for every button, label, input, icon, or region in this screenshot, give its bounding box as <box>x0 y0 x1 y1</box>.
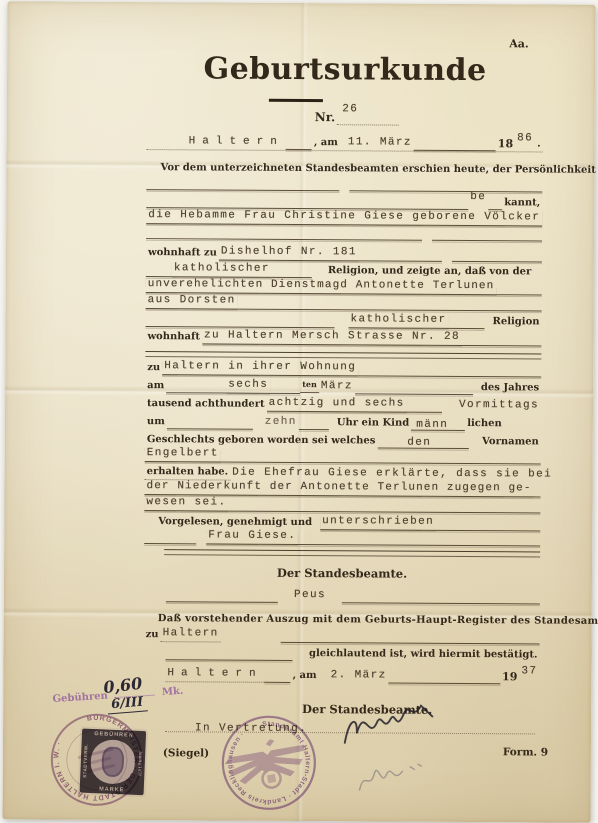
dateline1-year: 86 <box>515 131 535 146</box>
revenue-stamp-oval <box>90 739 136 785</box>
mother-line2: aus Dorsten <box>146 293 238 310</box>
religion2-value: katholischer <box>348 312 448 329</box>
ten-label: ten <box>300 378 319 393</box>
registrar-title1-row: Der Standesbeamte. <box>144 562 540 582</box>
dateline2-row: Haltern , am 2. März 19 37 <box>143 661 539 684</box>
declaration3-text: wesen sei. <box>144 495 228 512</box>
rule <box>146 189 339 191</box>
birthyear-row: tausend achthundert achtzig und sechs Vo… <box>145 393 541 413</box>
uhr-ein-kind-label: Uhr ein Kind <box>335 416 412 430</box>
midwife-row: die Hebamme Frau Christine Giese geboren… <box>146 208 542 226</box>
corner-mark: Aa. <box>507 37 531 51</box>
day-value: sechs <box>226 378 270 394</box>
revenue-stamp-middle: STADTVERW. HALTERN <box>80 738 146 787</box>
lichen-label: lichen <box>465 417 504 431</box>
typed-be: be <box>468 190 488 205</box>
dateline2-century: 19 <box>500 670 519 684</box>
hour-value: zehn <box>263 415 299 430</box>
siegel-row: (Siegel) <box>161 744 221 761</box>
kannt-label: kannt, <box>502 196 542 210</box>
signedname-row: Frau Giese. <box>144 528 540 546</box>
title-row: Geburtsurkunde <box>147 50 543 90</box>
full-rule-row <box>145 345 541 359</box>
rule <box>146 238 422 241</box>
rule <box>166 601 278 603</box>
signedname-value: Frau Giese. <box>206 528 298 545</box>
intro-row: Vor dem unterzeichneten Standesbeamten e… <box>146 158 542 177</box>
rule <box>286 149 312 150</box>
yearwords-value: achtzig und sechs <box>267 396 407 413</box>
wohnhaft-zu-label: wohnhaft zu <box>146 246 219 260</box>
intro-text: Vor dem unterzeichneten Standesbeamten e… <box>146 161 598 178</box>
nr-value: 26 <box>340 102 360 117</box>
wohnhaft-label: wohnhaft <box>145 330 202 344</box>
pencil-mark <box>352 753 442 801</box>
revenue-stamp-left-text: STADTVERW. <box>80 738 91 784</box>
nr-rule: 26 <box>337 110 399 125</box>
revenue-stamp: GEBÜHREN STADTVERW. HALTERN MARKE <box>80 729 147 796</box>
form-number: Form. 9 <box>501 746 550 760</box>
certification-line2: gleichlautend ist, wird hiermit bestätig… <box>307 647 540 662</box>
rule <box>164 549 540 557</box>
dateline1-date: 11. März <box>346 135 414 150</box>
page-title: Geburtsurkunde <box>201 51 488 90</box>
form-number-row: Form. 9 <box>501 743 561 760</box>
dateline1-row: Haltern , am 11. März 18 86 . <box>147 128 543 152</box>
residence1-value: Dishelhof Nr. 181 <box>219 245 359 262</box>
birthhour-row: um zehn Uhr ein Kind männ lichen <box>145 411 541 431</box>
registrar-title1: Der Standesbeamte. <box>275 567 409 582</box>
rule <box>414 150 496 152</box>
birthday-row: am sechs ten März des Jahres <box>145 375 541 395</box>
office-value: Haltern <box>161 626 221 642</box>
firstname-value: Engelbert <box>145 446 221 462</box>
cert-zu-label: zu <box>144 628 161 642</box>
dateline1-century: 18 <box>496 137 515 151</box>
residence2-row: wohnhaft zu Haltern Mersch Strasse Nr. 2… <box>145 327 541 346</box>
scanned-birth-certificate: Aa. Geburtsurkunde Nr. 26 Haltern , am 1… <box>0 0 598 823</box>
crest-icon <box>101 746 124 777</box>
number-row: Nr. 26 <box>313 105 405 126</box>
paper-sheet: Aa. Geburtsurkunde Nr. 26 Haltern , am 1… <box>3 1 596 823</box>
registry-eagle-stamp: Standesamt Haltern-Stadt · Landkreis Rec… <box>209 703 329 823</box>
firstname-row: Engelbert <box>145 446 541 464</box>
rule <box>389 683 500 685</box>
tausend-label: tausend achthundert <box>145 397 267 412</box>
dateline2-am: , am <box>291 669 319 683</box>
double-rule-row <box>164 547 540 557</box>
rule <box>298 544 540 546</box>
religion1-value: katholischer <box>172 261 272 278</box>
zu-label: zu <box>145 361 162 375</box>
rule <box>265 682 291 683</box>
des-jahres-label: des Jahres <box>479 381 541 395</box>
religion2-label: Religion <box>490 315 541 329</box>
registrar-name-row: Peus <box>166 585 540 604</box>
fee-currency: Mk. <box>160 686 186 700</box>
midwife-name: die Hebamme Frau Christine Giese geboren… <box>146 208 542 226</box>
declaration3-row: wesen sei. <box>144 495 540 513</box>
office-row: zu Haltern <box>144 625 540 644</box>
siegel-label: (Siegel) <box>161 747 211 761</box>
registrar-name: Peus <box>292 588 328 603</box>
birthplace-value: Haltern in ihrer Wohnung <box>162 359 358 376</box>
nr-label: Nr. <box>313 111 337 125</box>
dateline2-year: 37 <box>519 664 539 679</box>
rule <box>144 543 196 544</box>
rule <box>432 240 542 242</box>
timeofday-value: Vormittags <box>457 398 541 414</box>
revenue-stamp-right-text: HALTERN <box>135 740 146 786</box>
title-underline <box>269 99 323 102</box>
rule <box>349 190 542 192</box>
dateline1-am: , am <box>312 136 340 150</box>
dateline1-period: . <box>535 137 543 151</box>
residence2-value: zu Haltern Mersch Strasse Nr. 28 <box>202 328 462 346</box>
certification2-row: gleichlautend ist, wird hiermit bestätig… <box>165 643 539 662</box>
rule <box>342 602 540 604</box>
dateline2-date: 2. März <box>329 668 389 683</box>
mother-line2-row: aus Dorsten <box>146 293 542 311</box>
um-label: um <box>145 415 167 429</box>
blank-rule-row <box>146 226 542 241</box>
am-label: am <box>145 379 166 393</box>
dateline1-place: Haltern <box>187 134 286 150</box>
corner-mark-row: Aa. <box>507 34 565 51</box>
rule <box>145 351 541 359</box>
month-value: März <box>319 379 355 394</box>
religion1-label: Religion, und zeigte an, daß von der <box>326 264 533 279</box>
